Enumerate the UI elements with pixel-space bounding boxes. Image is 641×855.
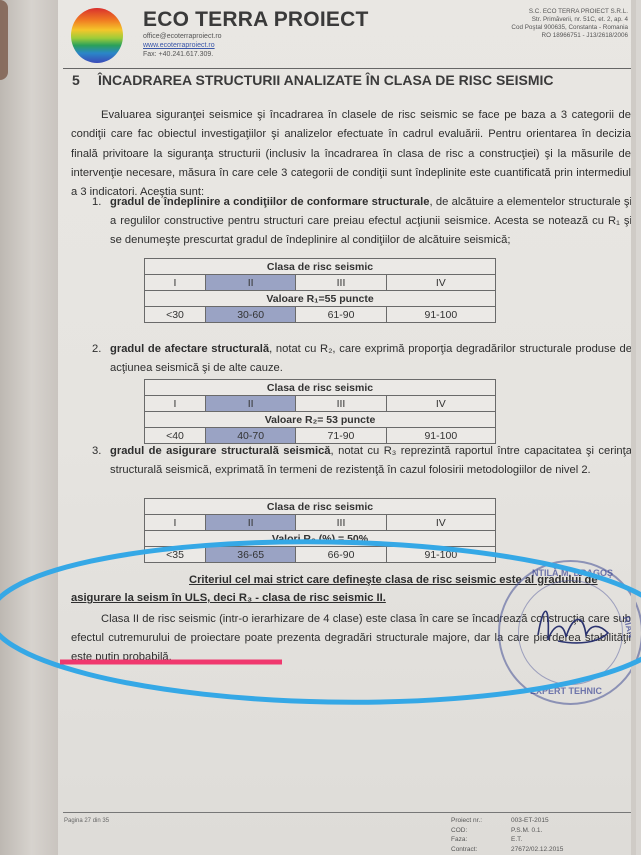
indicator-2: 2. gradul de afectare structurală, notat… (110, 340, 632, 378)
indicator-number: 1. (92, 193, 101, 212)
class-cell: I (145, 515, 206, 531)
page-number: Pagina 27 din 35 (64, 818, 109, 824)
meta-label: COD: (451, 826, 511, 836)
value-label: Valori R₃ (%) = 50% (145, 531, 496, 547)
indicator-number: 3. (92, 442, 101, 461)
meta-value: P.S.M. 0.1. (511, 827, 542, 834)
indicator-number: 2. (92, 340, 101, 359)
class-cell-highlighted: II (206, 515, 296, 531)
indicator-1: 1. gradul de îndeplinire a condiţiilor d… (110, 193, 632, 250)
value-label: Valoare R₁=55 puncte (145, 291, 496, 307)
class-cell: IV (386, 396, 495, 412)
range-cell: <35 (145, 547, 206, 563)
meta-value: 003-ET-2015 (511, 817, 549, 824)
indicator-title: gradul de îndeplinire a condiţiilor de c… (110, 196, 429, 208)
table-header: Clasa de risc seismic (145, 259, 496, 275)
range-cell: 91-100 (386, 547, 495, 563)
meta-label: Faza: (451, 835, 511, 845)
range-cell: 61-90 (296, 307, 386, 323)
risk-table-r2: Clasa de risc seismic I II III IV Valoar… (144, 379, 496, 444)
meta-label: Contract: (451, 845, 511, 855)
section-title: 5ÎNCADRAREA STRUCTURII ANALIZATE ÎN CLAS… (72, 72, 554, 88)
class-cell-highlighted: II (205, 275, 295, 291)
page-right-edge (631, 0, 636, 855)
class-cell-highlighted: II (205, 396, 295, 412)
indicator-title: gradul de afectare structurală (110, 343, 269, 355)
range-cell-highlighted: 30-60 (205, 307, 295, 323)
risk-table-r3: Clasa de risc seismic I II III IV Valori… (144, 498, 496, 563)
indicator-title: gradul de asigurare structurală seismică (110, 445, 331, 457)
brand-block: ECO TERRA PROIECT office@ecoterraproiect… (143, 8, 368, 59)
project-meta: Proiect nr.:003-ET-2015 COD:P.S.M. 0.1. … (451, 816, 563, 854)
section-number: 5 (72, 72, 98, 88)
intro-paragraph: Evaluarea siguranţei seismice şi încadra… (71, 106, 631, 202)
meta-label: Proiect nr.: (451, 816, 511, 826)
brand-website[interactable]: www.ecoterraproiect.ro (143, 41, 368, 50)
eco-terra-logo (71, 8, 123, 63)
class-cell: III (296, 396, 386, 412)
class-cell: IV (386, 515, 495, 531)
indicator-3: 3. gradul de asigurare structurală seism… (110, 442, 632, 480)
footer-divider (63, 812, 631, 813)
brand-fax: Fax: +40.241.617.309. (143, 50, 368, 59)
table-header: Clasa de risc seismic (145, 499, 496, 515)
class-cell: III (296, 275, 386, 291)
class-cell: III (296, 515, 386, 531)
meta-value: 27672/02.12.2015 (511, 846, 563, 853)
meta-value: E.T. (511, 836, 522, 843)
table-header: Clasa de risc seismic (145, 380, 496, 396)
meta-row: COD:P.S.M. 0.1. (451, 826, 563, 836)
meta-row: Contract:27672/02.12.2015 (451, 845, 563, 855)
stamp-top-text: NTILĂ M. DRAGOŞ (532, 568, 613, 578)
class-cell: IV (386, 275, 495, 291)
stamp-bottom-text: EXPERT TEHNIC (530, 686, 602, 696)
range-cell: 91-100 (386, 307, 495, 323)
risk-table-r1: Clasa de risc seismic I II III IV Valoar… (144, 258, 496, 323)
company-line: S.C. ECO TERRA PROIECT S.R.L. (448, 8, 628, 16)
value-label: Valoare R₂= 53 puncte (145, 412, 496, 428)
meta-row: Proiect nr.:003-ET-2015 (451, 816, 563, 826)
class-cell: I (145, 275, 206, 291)
brand-email: office@ecoterraproiect.ro (143, 32, 368, 41)
range-cell: <30 (145, 307, 206, 323)
company-line: Str. Primăverii, nr. 51C, et. 2, ap. 4 (448, 16, 628, 24)
range-cell-highlighted: 36-65 (206, 547, 296, 563)
company-line: Cod Poştal 900635, Constanta - Romania (448, 24, 628, 32)
brand-name: ECO TERRA PROIECT (143, 8, 368, 32)
company-line: RO 18966751 - J13/2618/2006 (448, 32, 628, 40)
class-cell: I (145, 396, 206, 412)
company-details: S.C. ECO TERRA PROIECT S.R.L. Str. Primă… (448, 8, 628, 40)
document-page: ECO TERRA PROIECT office@ecoterraproiect… (58, 0, 636, 855)
book-left-edge (0, 0, 58, 855)
header-divider (63, 68, 633, 69)
signature (528, 595, 628, 655)
meta-row: Faza:E.T. (451, 835, 563, 845)
range-cell: 66-90 (296, 547, 386, 563)
section-heading: ÎNCADRAREA STRUCTURII ANALIZATE ÎN CLASA… (98, 72, 554, 88)
